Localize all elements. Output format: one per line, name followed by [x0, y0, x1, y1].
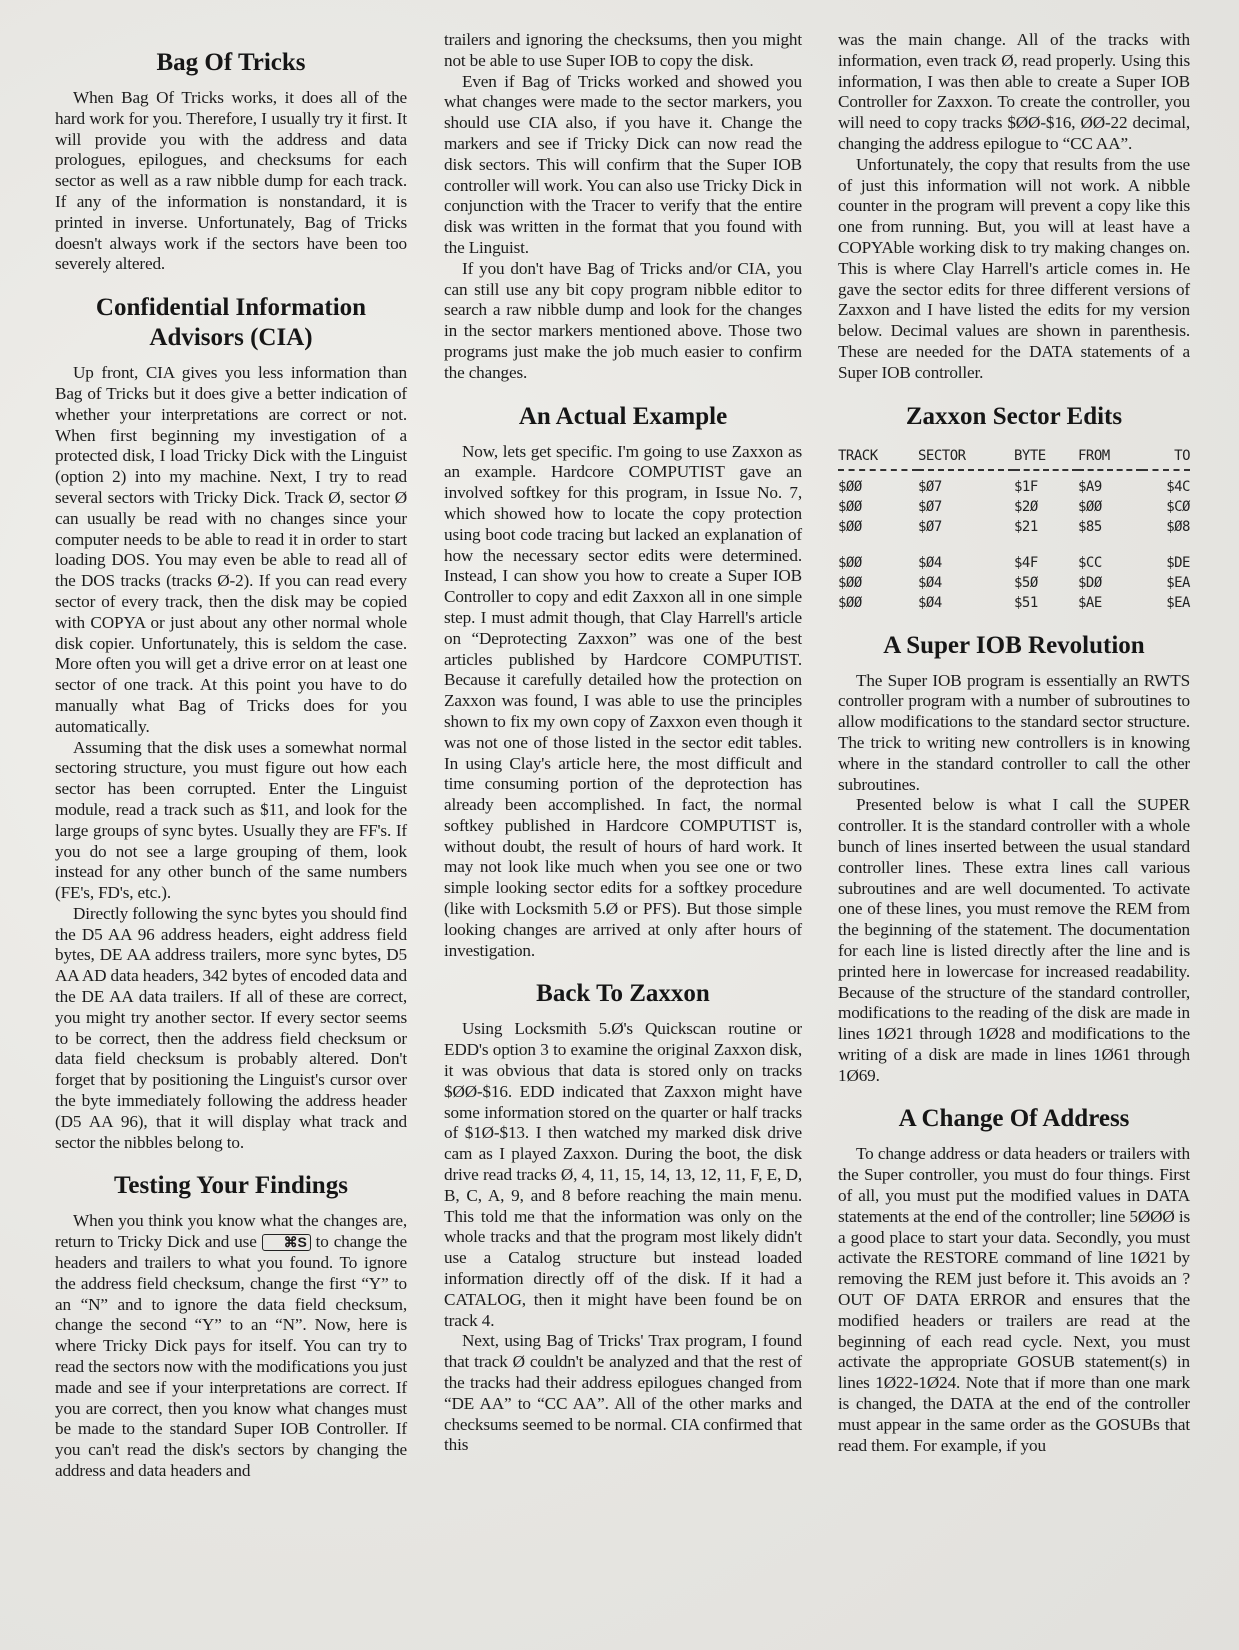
heading-an-actual-example: An Actual Example: [444, 402, 802, 432]
table-row: $ØØ $Ø7 $21 $85 $Ø8: [838, 517, 1190, 537]
paragraph: Next, using Bag of Tricks' Trax program,…: [444, 1331, 802, 1456]
command-s-key-icon: ⌘S: [262, 1234, 311, 1251]
heading-testing-your-findings: Testing Your Findings: [55, 1171, 407, 1201]
column-header-track: TRACK: [838, 442, 918, 470]
sector-edits-table: TRACK SECTOR BYTE FROM TO $ØØ $Ø7 $1F $A…: [838, 442, 1190, 613]
table-row: $ØØ $Ø7 $2Ø $ØØ $CØ: [838, 497, 1190, 517]
column-1: Bag Of Tricks When Bag Of Tricks works, …: [55, 48, 407, 1482]
heading-bag-of-tricks: Bag Of Tricks: [55, 48, 407, 78]
heading-cia: Confidential Information Advisors (CIA): [55, 293, 407, 353]
heading-super-iob-revolution: A Super IOB Revolution: [838, 631, 1190, 661]
paragraph: When Bag Of Tricks works, it does all of…: [55, 88, 407, 275]
paragraph: When you think you know what the changes…: [55, 1211, 407, 1481]
heading-zaxxon-sector-edits: Zaxxon Sector Edits: [838, 402, 1190, 432]
column-header-sector: SECTOR: [918, 442, 1014, 470]
paragraph: Now, lets get specific. I'm going to use…: [444, 442, 802, 962]
table-row: $ØØ $Ø4 $51 $AE $EA: [838, 593, 1190, 613]
paragraph: Unfortunately, the copy that results fro…: [838, 155, 1190, 384]
paragraph: Up front, CIA gives you less information…: [55, 363, 407, 737]
table-row: $ØØ $Ø4 $4F $CC $DE: [838, 553, 1190, 573]
heading-change-of-address: A Change Of Address: [838, 1104, 1190, 1134]
heading-back-to-zaxxon: Back To Zaxxon: [444, 979, 802, 1009]
column-3: was the main change. All of the tracks w…: [838, 30, 1190, 1456]
magazine-page: Bag Of Tricks When Bag Of Tricks works, …: [0, 0, 1239, 1650]
table-header-row: TRACK SECTOR BYTE FROM TO: [838, 442, 1190, 470]
column-header-to: TO: [1142, 442, 1190, 470]
paragraph: Assuming that the disk uses a somewhat n…: [55, 738, 407, 904]
paragraph: Presented below is what I call the SUPER…: [838, 795, 1190, 1086]
paragraph: To change address or data headers or tra…: [838, 1144, 1190, 1456]
column-header-byte: BYTE: [1014, 442, 1078, 470]
paragraph: If you don't have Bag of Tricks and/or C…: [444, 259, 802, 384]
paragraph: Using Locksmith 5.Ø's Quickscan routine …: [444, 1019, 802, 1331]
paragraph: Even if Bag of Tricks worked and showed …: [444, 72, 802, 259]
table-spacer: [838, 537, 1190, 553]
table-row: $ØØ $Ø7 $1F $A9 $4C: [838, 470, 1190, 497]
column-header-from: FROM: [1078, 442, 1142, 470]
paragraph-continued: was the main change. All of the tracks w…: [838, 30, 1190, 155]
paragraph-continued: trailers and ignoring the checksums, the…: [444, 30, 802, 72]
paragraph: The Super IOB program is essentially an …: [838, 671, 1190, 796]
table-row: $ØØ $Ø4 $5Ø $DØ $EA: [838, 573, 1190, 593]
column-2: trailers and ignoring the checksums, the…: [444, 30, 802, 1456]
paragraph: Directly following the sync bytes you sh…: [55, 904, 407, 1154]
